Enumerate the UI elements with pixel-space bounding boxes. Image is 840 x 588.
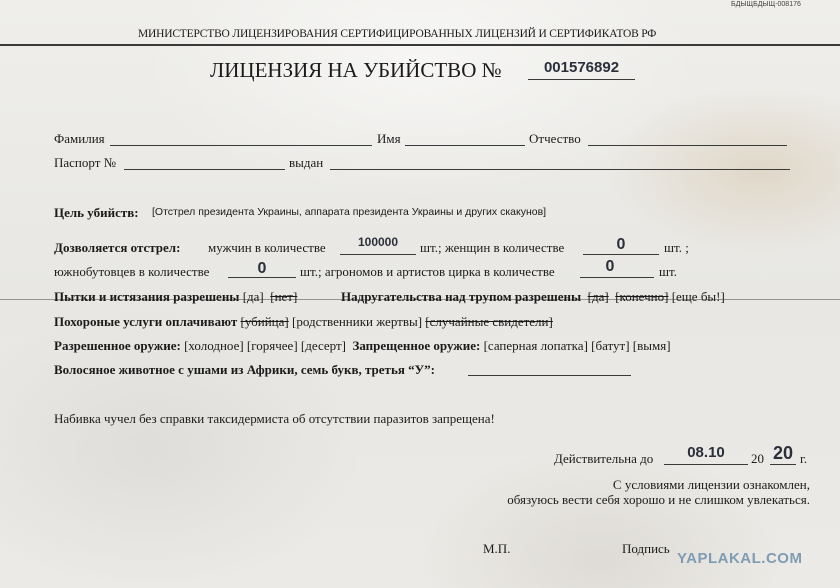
desecration-option-yes[interactable]: [да]: [588, 289, 609, 304]
validity-suffix: г.: [800, 451, 807, 467]
women-count-field[interactable]: [583, 254, 659, 255]
license-number-underline: [528, 79, 635, 80]
desecration-option-sure[interactable]: [еще бы!]: [672, 289, 725, 304]
ministry-heading: МИНИСТЕРСТВО ЛИЦЕНЗИРОВАНИЯ СЕРТИФИЦИРОВ…: [138, 28, 656, 40]
riddle-answer-field[interactable]: [468, 375, 631, 376]
southbutov-count: 0: [228, 260, 296, 278]
patronymic-label: Отчество: [529, 131, 581, 147]
funeral-label: Похороные услуги оплачивают: [54, 314, 237, 329]
women-count: 0: [583, 236, 659, 254]
funeral-option-witnesses[interactable]: [случайные свидетели]: [425, 314, 553, 329]
name-label: Имя: [377, 131, 401, 147]
license-number: 001576892: [528, 59, 635, 76]
men-count: 100000: [340, 235, 416, 249]
torture-option-no[interactable]: [нет]: [270, 289, 297, 304]
funeral-option-relatives[interactable]: [родственники жертвы]: [292, 314, 422, 329]
funeral-row: Похороные услуги оплачивают [убийца] [ро…: [54, 314, 553, 330]
validity-label: Действительна до: [554, 451, 653, 467]
weapons-row: Разрешенное оружие: [холодное] [горячее]…: [54, 338, 671, 354]
torture-label: Пытки и истязания разрешены: [54, 289, 239, 304]
patronymic-field[interactable]: [588, 145, 787, 146]
agreement-line-1: С условиями лицензии ознакомлен,: [613, 477, 810, 493]
allowed-weapons-label: Разрешенное оружие:: [54, 338, 181, 353]
southbutov-label: южнобутовцев в количестве: [54, 264, 209, 280]
forbidden-weapons-values: [саперная лопатка] [батут] [вымя]: [484, 338, 671, 353]
header-divider: [0, 44, 840, 46]
men-count-field[interactable]: [340, 254, 416, 255]
validity-year: 20: [768, 443, 798, 464]
surname-label: Фамилия: [54, 131, 105, 147]
desecration-row: Надругательства над трупом разрешены [да…: [341, 289, 725, 305]
torture-option-yes[interactable]: [да]: [243, 289, 264, 304]
validity-century: 20: [751, 451, 764, 467]
allowed-label: Дозволяется отстрел:: [54, 240, 180, 256]
watermark: YAPLAKAL.COM: [677, 550, 802, 567]
southbutov-unit: шт.; агрономов и артистов цирка в количе…: [300, 264, 555, 280]
issued-field[interactable]: [330, 169, 790, 170]
torture-row: Пытки и истязания разрешены [да] [нет]: [54, 289, 297, 305]
passport-field[interactable]: [124, 169, 285, 170]
surname-field[interactable]: [110, 145, 372, 146]
signature-label: Подпись: [622, 541, 670, 557]
taxidermy-notice: Набивка чучел без справки таксидермиста …: [54, 411, 495, 427]
passport-label: Паспорт №: [54, 155, 116, 171]
issued-label: выдан: [289, 155, 323, 171]
agreement-line-2: обязуюсь вести себя хорошо и не слишком …: [507, 492, 810, 508]
desecration-option-of-course[interactable]: [конечно]: [615, 289, 668, 304]
circus-count: 0: [580, 258, 640, 276]
men-label: мужчин в количестве: [208, 240, 326, 256]
allowed-weapons-values: [холодное] [горячее] [десерт]: [184, 338, 346, 353]
purpose-value: [Отстрел президента Украины, аппарата пр…: [152, 206, 546, 218]
funeral-option-killer[interactable]: [убийца]: [241, 314, 289, 329]
document-code: БДЫЩБДЫЩ-008176: [731, 1, 801, 8]
forbidden-weapons-label: Запрещенное оружие:: [352, 338, 480, 353]
women-unit: шт. ;: [664, 240, 689, 256]
men-unit: шт.; женщин в количестве: [420, 240, 564, 256]
purpose-label: Цель убийств:: [54, 205, 139, 221]
validity-date: 08.10: [664, 444, 748, 461]
page-title: ЛИЦЕНЗИЯ НА УБИЙСТВО №: [210, 58, 502, 83]
validity-year-field[interactable]: [770, 464, 796, 465]
circus-count-field[interactable]: [580, 277, 654, 278]
desecration-label: Надругательства над трупом разрешены: [341, 289, 581, 304]
name-field[interactable]: [405, 145, 525, 146]
stamp-label: М.П.: [483, 541, 510, 557]
validity-date-field[interactable]: [664, 464, 748, 465]
circus-unit: шт.: [659, 264, 677, 280]
riddle-label: Волосяное животное с ушами из Африки, се…: [54, 362, 435, 378]
